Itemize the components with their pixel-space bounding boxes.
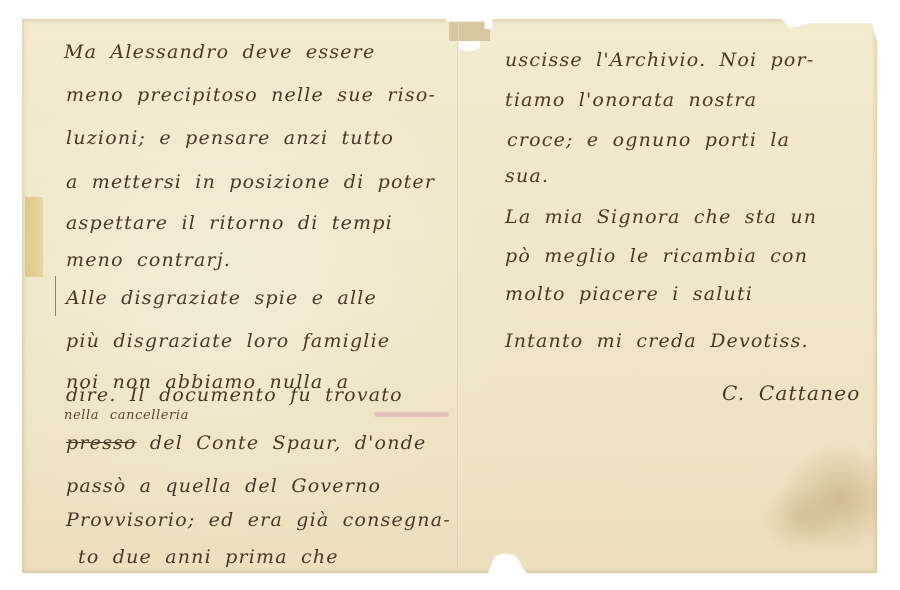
text-line: to due anni prima che: [78, 546, 339, 568]
text-line: luzioni; e pensare anzi tutto: [66, 127, 394, 149]
text-line: molto piacere i saluti: [505, 283, 753, 305]
closing-line: Intanto mi creda Devotiss.: [505, 330, 809, 352]
inserted-text: nella cancelleria: [64, 408, 189, 423]
tape-strip: [25, 197, 43, 277]
text-line: Ma Alessandro deve essere: [64, 41, 375, 63]
margin-bracket: [55, 276, 56, 316]
text-line: Alle disgraziate spie e alle: [66, 287, 377, 309]
text-line: aspettare il ritorno di tempi: [66, 212, 393, 234]
text-line: tiamo l'onorata nostra: [505, 89, 757, 111]
signature: C. Cattaneo: [722, 381, 861, 405]
text-line: dire. Il documento fu trovato: [66, 384, 403, 406]
center-fold: [457, 19, 459, 573]
text-line: meno contrarj.: [66, 249, 231, 271]
letter-sheet: Ma Alessandro deve essere meno precipito…: [22, 19, 877, 573]
text-line: più disgraziate loro famiglie: [66, 330, 390, 352]
line-remainder: del Conte Spaur, d'onde: [150, 432, 427, 454]
text-line: pò meglio le ricambia con: [505, 245, 808, 267]
text-line: meno precipitoso nelle sue riso-: [66, 84, 436, 106]
struck-word: presso: [66, 432, 137, 454]
text-line: presso del Conte Spaur, d'onde: [66, 432, 426, 454]
text-line: sua.: [505, 165, 549, 187]
text-line: passò a quella del Governo: [66, 475, 381, 497]
text-line: La mia Signora che sta un: [505, 206, 817, 228]
top-tear-hole: [458, 41, 480, 51]
text-line: uscisse l'Archivio. Noi por-: [505, 49, 814, 71]
top-tear-patch: [449, 19, 490, 41]
text-line: croce; e ognuno porti la: [507, 129, 790, 151]
pink-mark: [374, 412, 449, 417]
text-line: Provvisorio; ed era già consegna-: [66, 509, 451, 531]
text-line: a mettersi in posizione di poter: [66, 171, 435, 193]
